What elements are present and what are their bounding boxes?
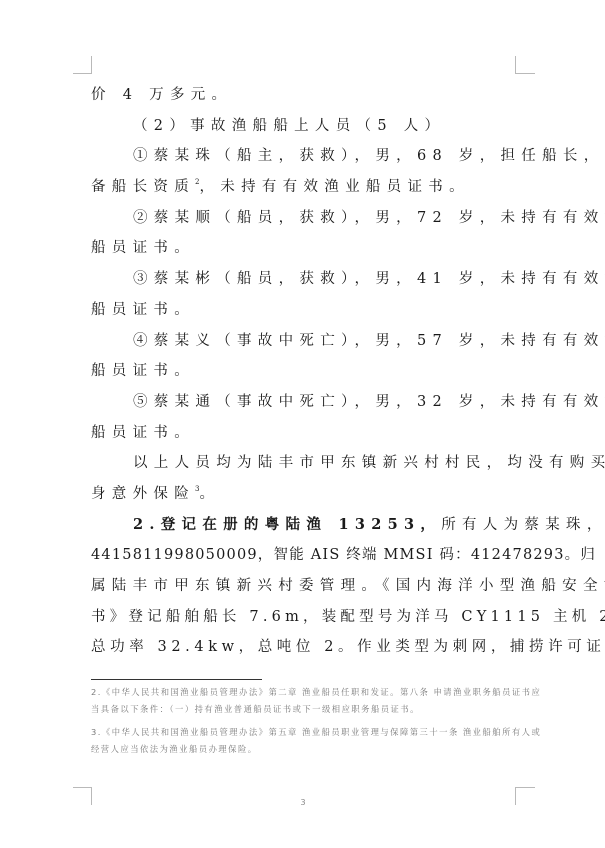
- vessel-heading-bold: 2.登记在册的粤陆渔 13253，: [133, 516, 441, 533]
- footnote-3: 3.《中华人民共和国渔业船员管理办法》第五章 渔业船员职业管理与保障第三十一条 …: [91, 724, 521, 758]
- text: 所有人为蔡某珠，编码: [441, 517, 605, 533]
- footnote-line: 3.《中华人民共和国渔业船员管理办法》第五章 渔业船员职业管理与保障第三十一条 …: [91, 724, 521, 741]
- bottom-right-crop-mark: [515, 787, 535, 805]
- crew-summary-cont: 身意外保险3。: [91, 479, 519, 510]
- crew-entry-3-cont: 船员证书。: [91, 295, 519, 326]
- top-right-crop-mark: [515, 56, 535, 74]
- crew-entry-2: ②蔡某顺（船员，获救），男，72 岁，未持有有效渔业: [91, 203, 519, 234]
- bottom-left-crop-mark: [73, 787, 92, 805]
- document-page: 价 4 万多元。 （2）事故渔船船上人员（5 人） ①蔡某珠（船主，获救），男，…: [0, 0, 605, 848]
- vessel-paragraph-line: 4415811998050009，智能 AIS 终端 MMSI 码：412478…: [91, 540, 519, 571]
- paragraph-line: 价 4 万多元。: [91, 80, 519, 111]
- crew-entry-2-cont: 船员证书。: [91, 233, 519, 264]
- text: 备船长资质: [91, 179, 195, 195]
- footnote-2: 2.《中华人民共和国渔业船员管理办法》第二章 渔业船员任职和发证。第八条 申请渔…: [91, 684, 521, 718]
- crew-entry-4-cont: 船员证书。: [91, 356, 519, 387]
- text: 身意外保险: [91, 486, 195, 502]
- vessel-paragraph-line: 书》登记船舶船长 7.6m，装配型号为洋马 CY1115 主机 2 台，: [91, 602, 519, 633]
- footnote-line: 经营人应当依法为渔业船员办理保险。: [91, 741, 521, 758]
- footnotes: 2.《中华人民共和国渔业船员管理办法》第二章 渔业船员任职和发证。第八条 申请渔…: [91, 684, 521, 764]
- crew-entry-4: ④蔡某义（事故中死亡），男，57 岁，未持有有效渔业: [91, 326, 519, 357]
- crew-entry-1-cont: 备船长资质2，未持有有效渔业船员证书。: [91, 172, 519, 203]
- footnote-line: 当具备以下条件：（一）持有渔业普通船员证书或下一级相应职务船员证书。: [91, 701, 521, 718]
- footnote-separator: [91, 679, 262, 680]
- section-heading-crew: （2）事故渔船船上人员（5 人）: [91, 111, 519, 142]
- top-left-crop-mark: [73, 56, 92, 74]
- vessel-paragraph-heading: 2.登记在册的粤陆渔 13253，所有人为蔡某珠，编码: [91, 510, 519, 541]
- crew-entry-5-cont: 船员证书。: [91, 418, 519, 449]
- body-text: 价 4 万多元。 （2）事故渔船船上人员（5 人） ①蔡某珠（船主，获救），男，…: [91, 80, 519, 663]
- page-number: 3: [296, 798, 310, 807]
- crew-entry-1: ①蔡某珠（船主，获救），男，68 岁，担任船长，不具: [91, 141, 519, 172]
- vessel-paragraph-line: 总功率 32.4kw，总吨位 2。作业类型为刺网，捕捞许可证核: [91, 632, 519, 663]
- text: ，未持有有效渔业船员证书。: [199, 179, 469, 195]
- crew-entry-3: ③蔡某彬（船员，获救），男，41 岁，未持有有效渔业: [91, 264, 519, 295]
- footnote-line: 2.《中华人民共和国渔业船员管理办法》第二章 渔业船员任职和发证。第八条 申请渔…: [91, 684, 521, 701]
- crew-summary: 以上人员均为陆丰市甲东镇新兴村村民，均没有购买人: [91, 448, 519, 479]
- crew-entry-5: ⑤蔡某通（事故中死亡），男，32 岁，未持有有效渔业: [91, 387, 519, 418]
- text: 。: [199, 486, 220, 502]
- vessel-paragraph-line: 属陆丰市甲东镇新兴村委管理。《国内海洋小型渔船安全证: [91, 571, 519, 602]
